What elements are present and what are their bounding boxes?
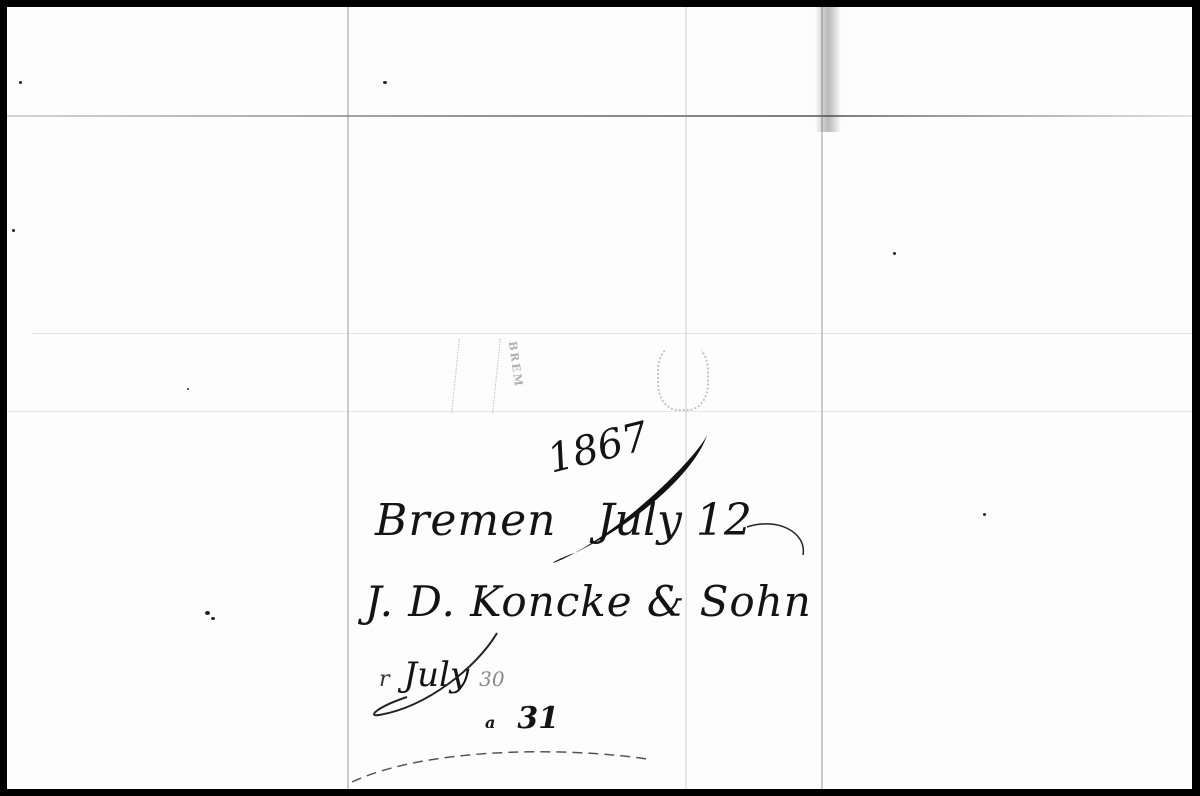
horizontal-fold-line-top <box>7 115 1192 117</box>
stamp-text: BREM <box>506 340 525 388</box>
date-tail-flourish <box>747 524 803 555</box>
paper-speck <box>893 252 896 255</box>
docket-city: Bremen <box>375 495 557 546</box>
received-day-faint: 30 <box>479 667 504 691</box>
paper-speck <box>211 617 215 620</box>
answered-day: 31 <box>517 701 559 736</box>
paper-speck <box>187 388 189 390</box>
paper-speck <box>383 81 387 84</box>
docket-answered: a31 <box>485 701 559 736</box>
horizontal-fold-line-middle <box>32 333 1192 334</box>
stamp-frame <box>451 339 501 413</box>
paper-speck <box>19 81 22 84</box>
answered-mark: a <box>485 713 495 732</box>
horizontal-fold-line-lower <box>7 411 1192 412</box>
docket-sender: J. D. Koncke & Sohn <box>365 577 812 626</box>
received-date: July <box>404 655 470 695</box>
vertical-fold-line-left <box>347 7 349 789</box>
document-page: BREM 1867 Bremen July 12 J. D. Koncke & … <box>7 7 1192 789</box>
postmark-ring <box>657 343 709 411</box>
postal-stamp: BREM <box>447 337 557 417</box>
paper-speck <box>205 611 210 615</box>
paper-speck <box>12 229 15 232</box>
handwriting-flourishes <box>7 7 1192 789</box>
docket-date: July 12 <box>597 495 752 546</box>
docket-received: rJuly30 <box>379 655 505 695</box>
bottom-curve-mark <box>352 752 647 782</box>
ink-smudge <box>815 7 841 132</box>
docket-year: 1867 <box>543 413 653 482</box>
received-prefix: r <box>379 667 390 692</box>
paper-speck <box>983 513 986 516</box>
